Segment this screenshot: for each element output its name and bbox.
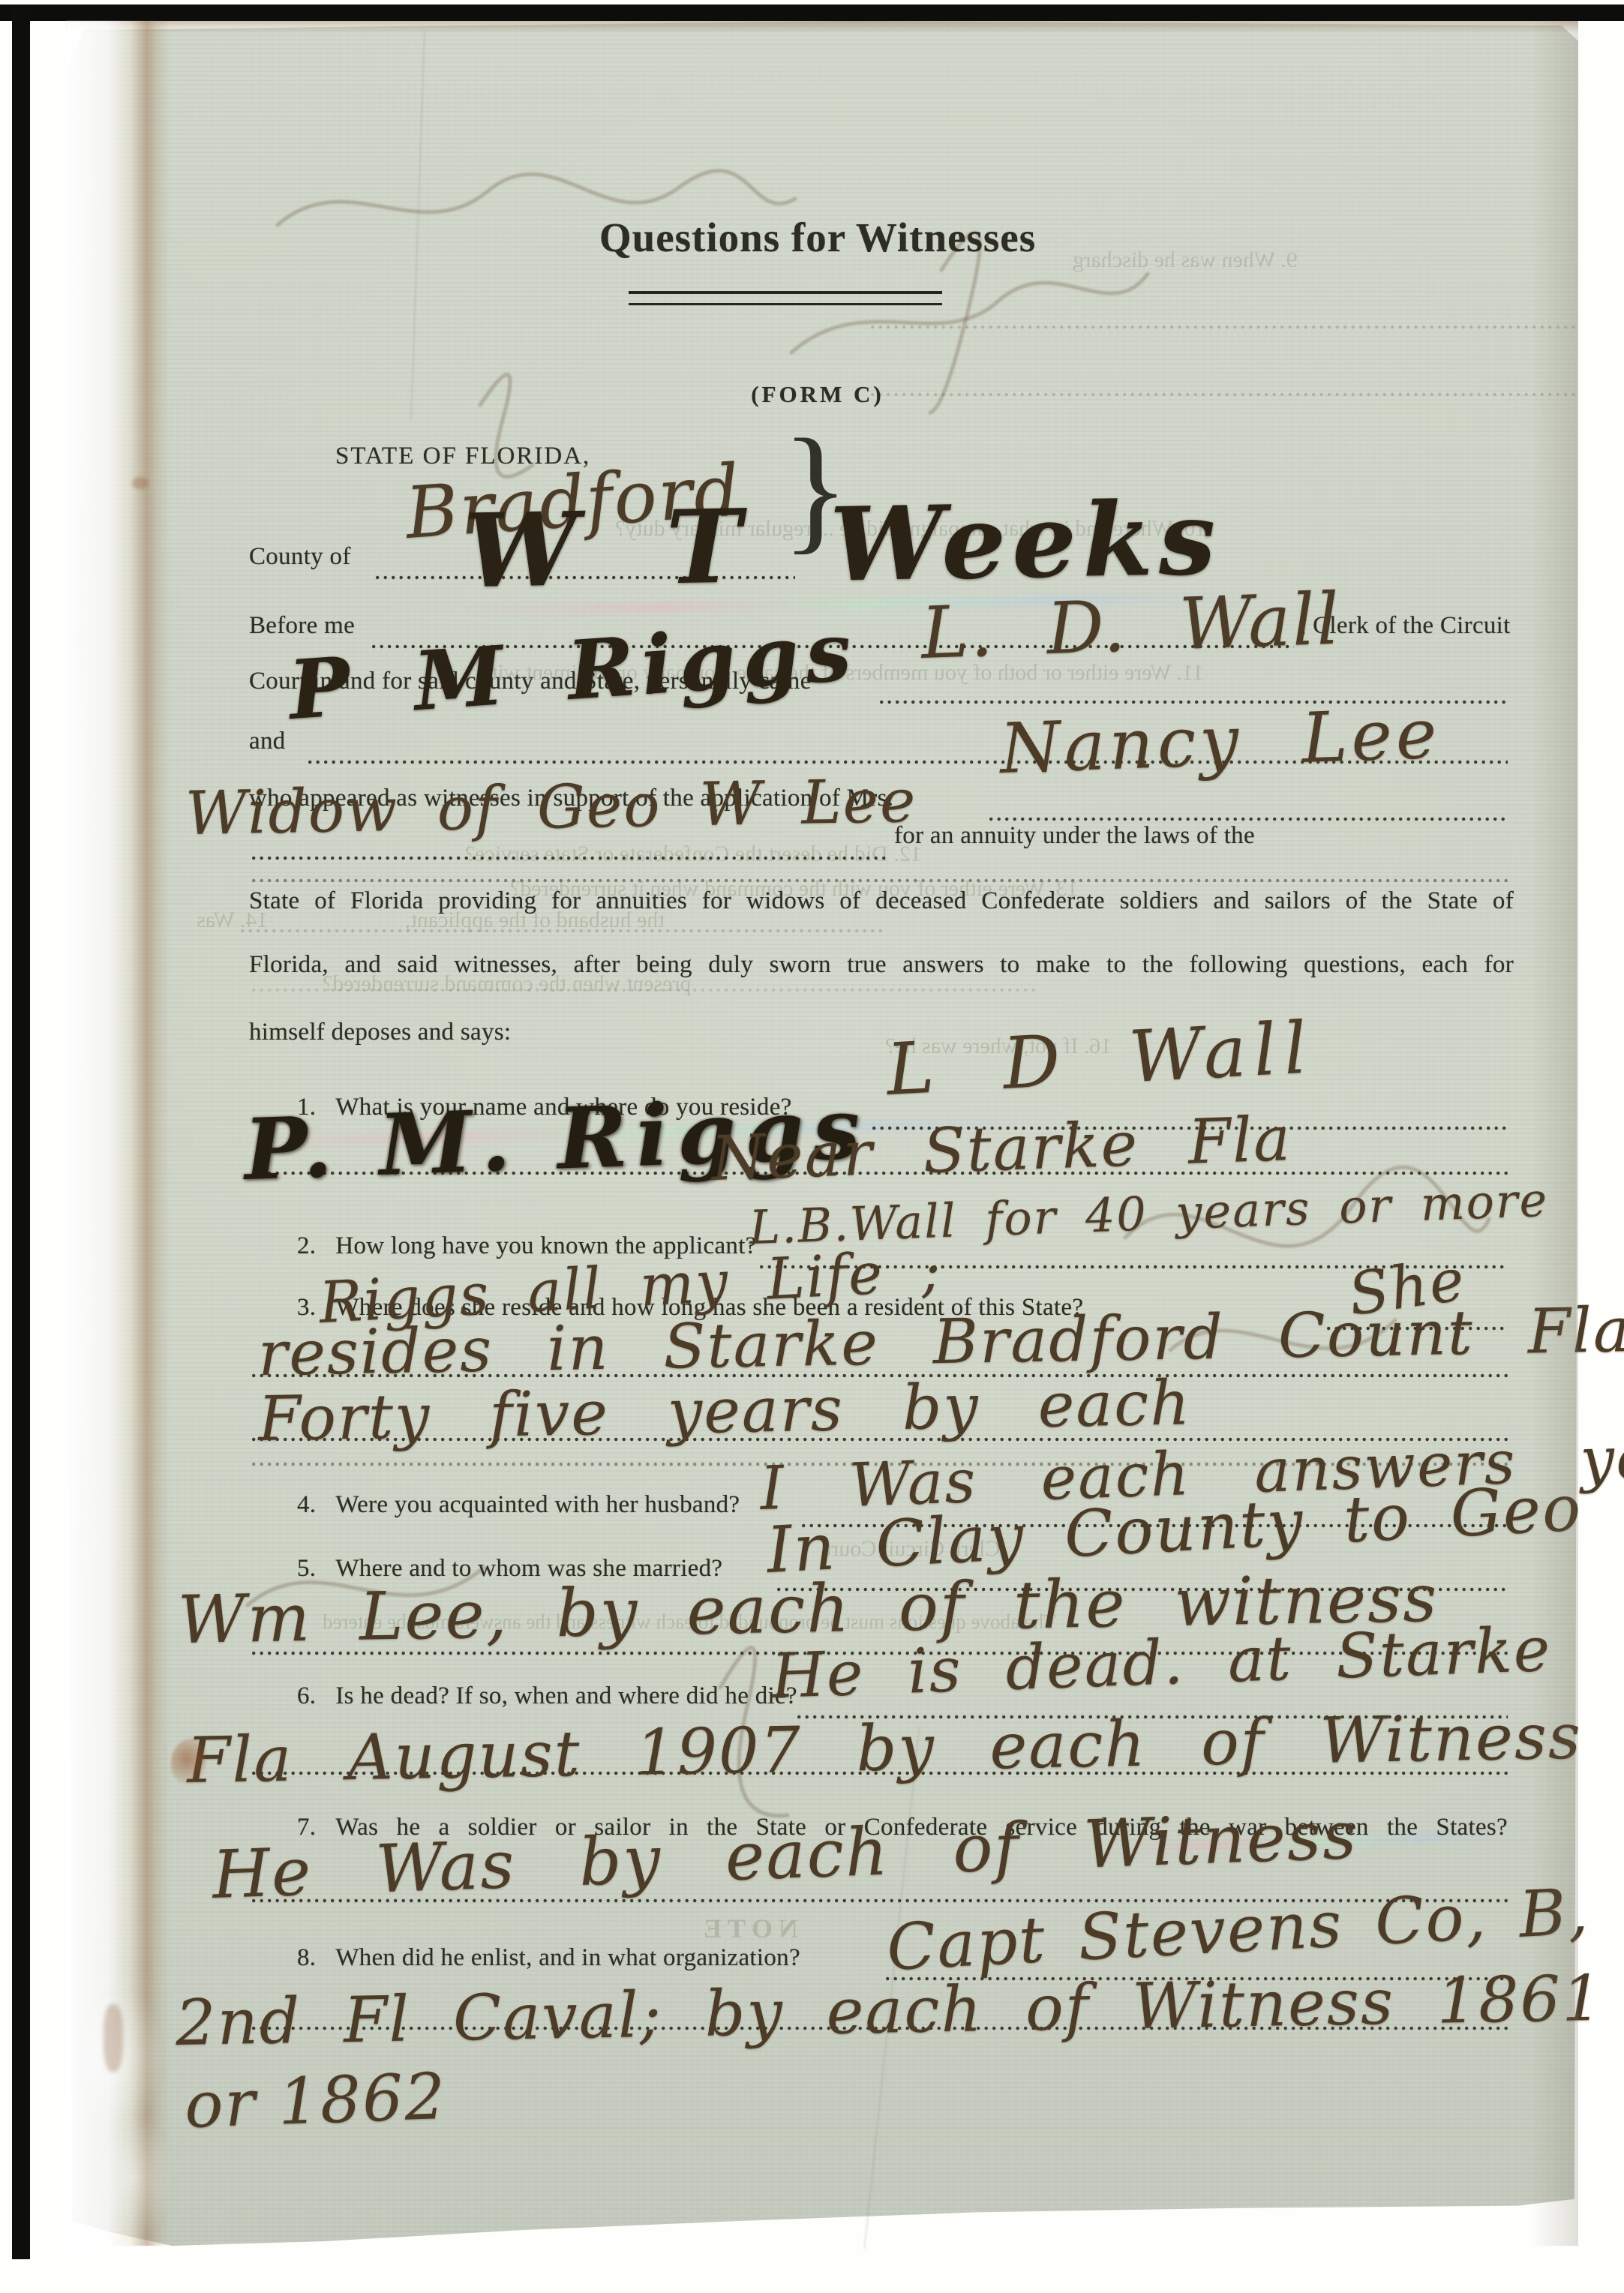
scanned-document-page: 9. When was he discharg 10. Where and in… [0,0,1624,2293]
scanner-edge-left [12,6,30,2259]
scanner-edge-top [0,5,1624,21]
question-6-text: Is he dead? If so, when and where did he… [335,1682,797,1709]
widow-of-handwritten: Widow of Geo W Lee [185,766,917,848]
paper-deckle-edge [66,21,1578,33]
question-8: 8.When did he enlist, and in what organi… [297,1944,800,1972]
ghost-note-heading: NOTE [698,1913,798,1944]
question-4-number: 4. [297,1491,316,1518]
and-label: and [249,728,286,755]
ghost-dotted-line [240,928,885,934]
body-paragraph-line3: himself deposes and says: [249,1019,511,1046]
form-label: (FORM C) [446,381,1189,408]
question-4: 4.Were you acquainted with her husband? [297,1491,740,1519]
witness1-name-handwritten: L. D. Wall [920,578,1342,675]
before-me-label: Before me [249,612,355,640]
county-label: County of [249,543,351,571]
question-5-number: 5. [297,1555,316,1582]
question-8-number: 8. [297,1944,316,1971]
blank-dotted-line [251,878,1508,884]
ghost-dotted-line [870,324,1575,330]
ink-stain [104,2004,123,2072]
question-4-text: Were you acquainted with her husband? [335,1491,740,1518]
question-2-number: 2. [297,1232,316,1259]
q8-answer3-handwritten: or 1862 [184,2060,448,2143]
question-6: 6.Is he dead? If so, when and where did … [297,1682,797,1710]
question-6-number: 6. [297,1682,316,1709]
title-double-rule [629,291,942,305]
ghost-dotted-line [251,987,1039,993]
document-title: Questions for Witnesses [446,214,1189,261]
ink-stain [132,477,149,489]
question-3-number: 3. [297,1294,316,1321]
body-paragraph-line2: Florida, and said witnesses, after being… [249,951,1514,979]
question-8-text: When did he enlist, and in what organiza… [335,1944,800,1971]
ghost-question-12: 12. Did he desert the Confederate or Sta… [465,842,922,867]
application-dotted-line [989,816,1508,822]
annuity-suffix: for an annuity under the laws of the [894,822,1255,850]
widow-dotted-line [251,855,887,861]
body-paragraph-line1: State of Florida providing for annuities… [249,887,1514,915]
applicant-name-handwritten: Nancy Lee [998,694,1442,789]
